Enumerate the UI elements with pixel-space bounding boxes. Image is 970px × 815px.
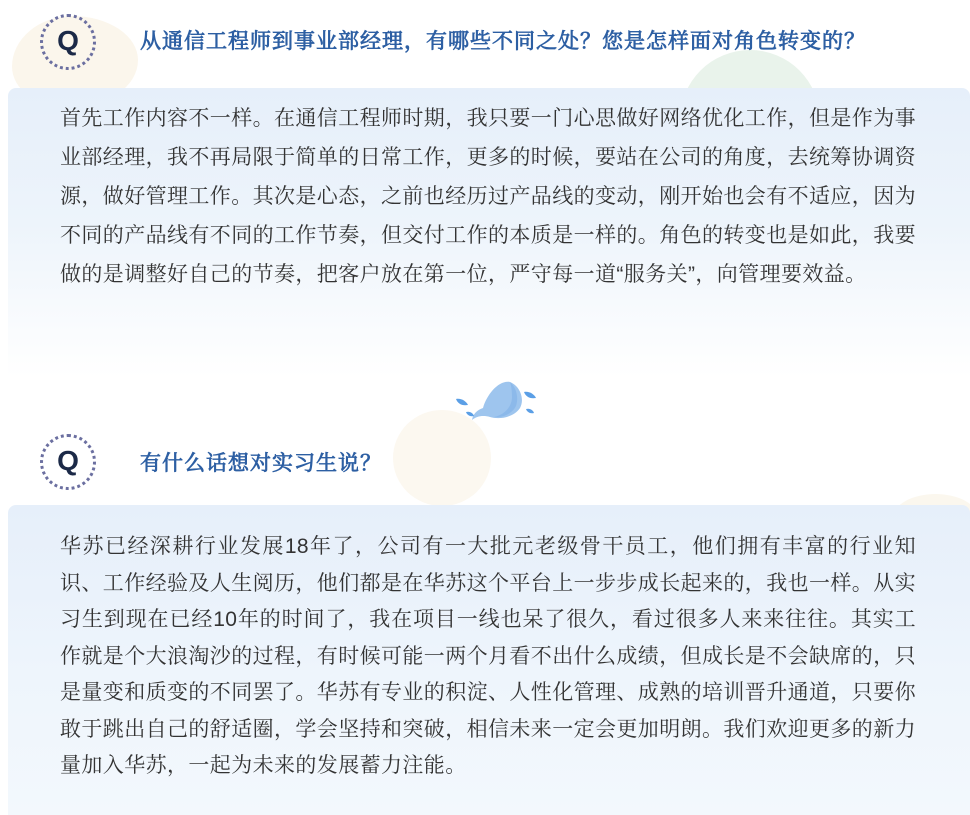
answer-text-1: 首先工作内容不一样。在通信工程师时期，我只要一门心思做好网络优化工作，但是作为事…: [60, 99, 916, 294]
question-title-1: 从通信工程师到事业部经理，有哪些不同之处？您是怎样面对角色转变的？: [140, 27, 930, 57]
q-letter: Q: [57, 447, 79, 475]
q-letter: Q: [57, 27, 79, 55]
question-icon-1: Q: [40, 14, 96, 70]
question-title-2: 有什么话想对实习生说？: [140, 449, 930, 479]
answer-text-2: 华苏已经深耕行业发展18年了，公司有一大批元老级骨干员工，他们拥有丰富的行业知识…: [60, 529, 916, 785]
whale-splash-icon: [450, 379, 538, 425]
question-icon-2: Q: [40, 434, 96, 490]
article-content: Q 从通信工程师到事业部经理，有哪些不同之处？您是怎样面对角色转变的？ 首先工作…: [0, 0, 970, 815]
